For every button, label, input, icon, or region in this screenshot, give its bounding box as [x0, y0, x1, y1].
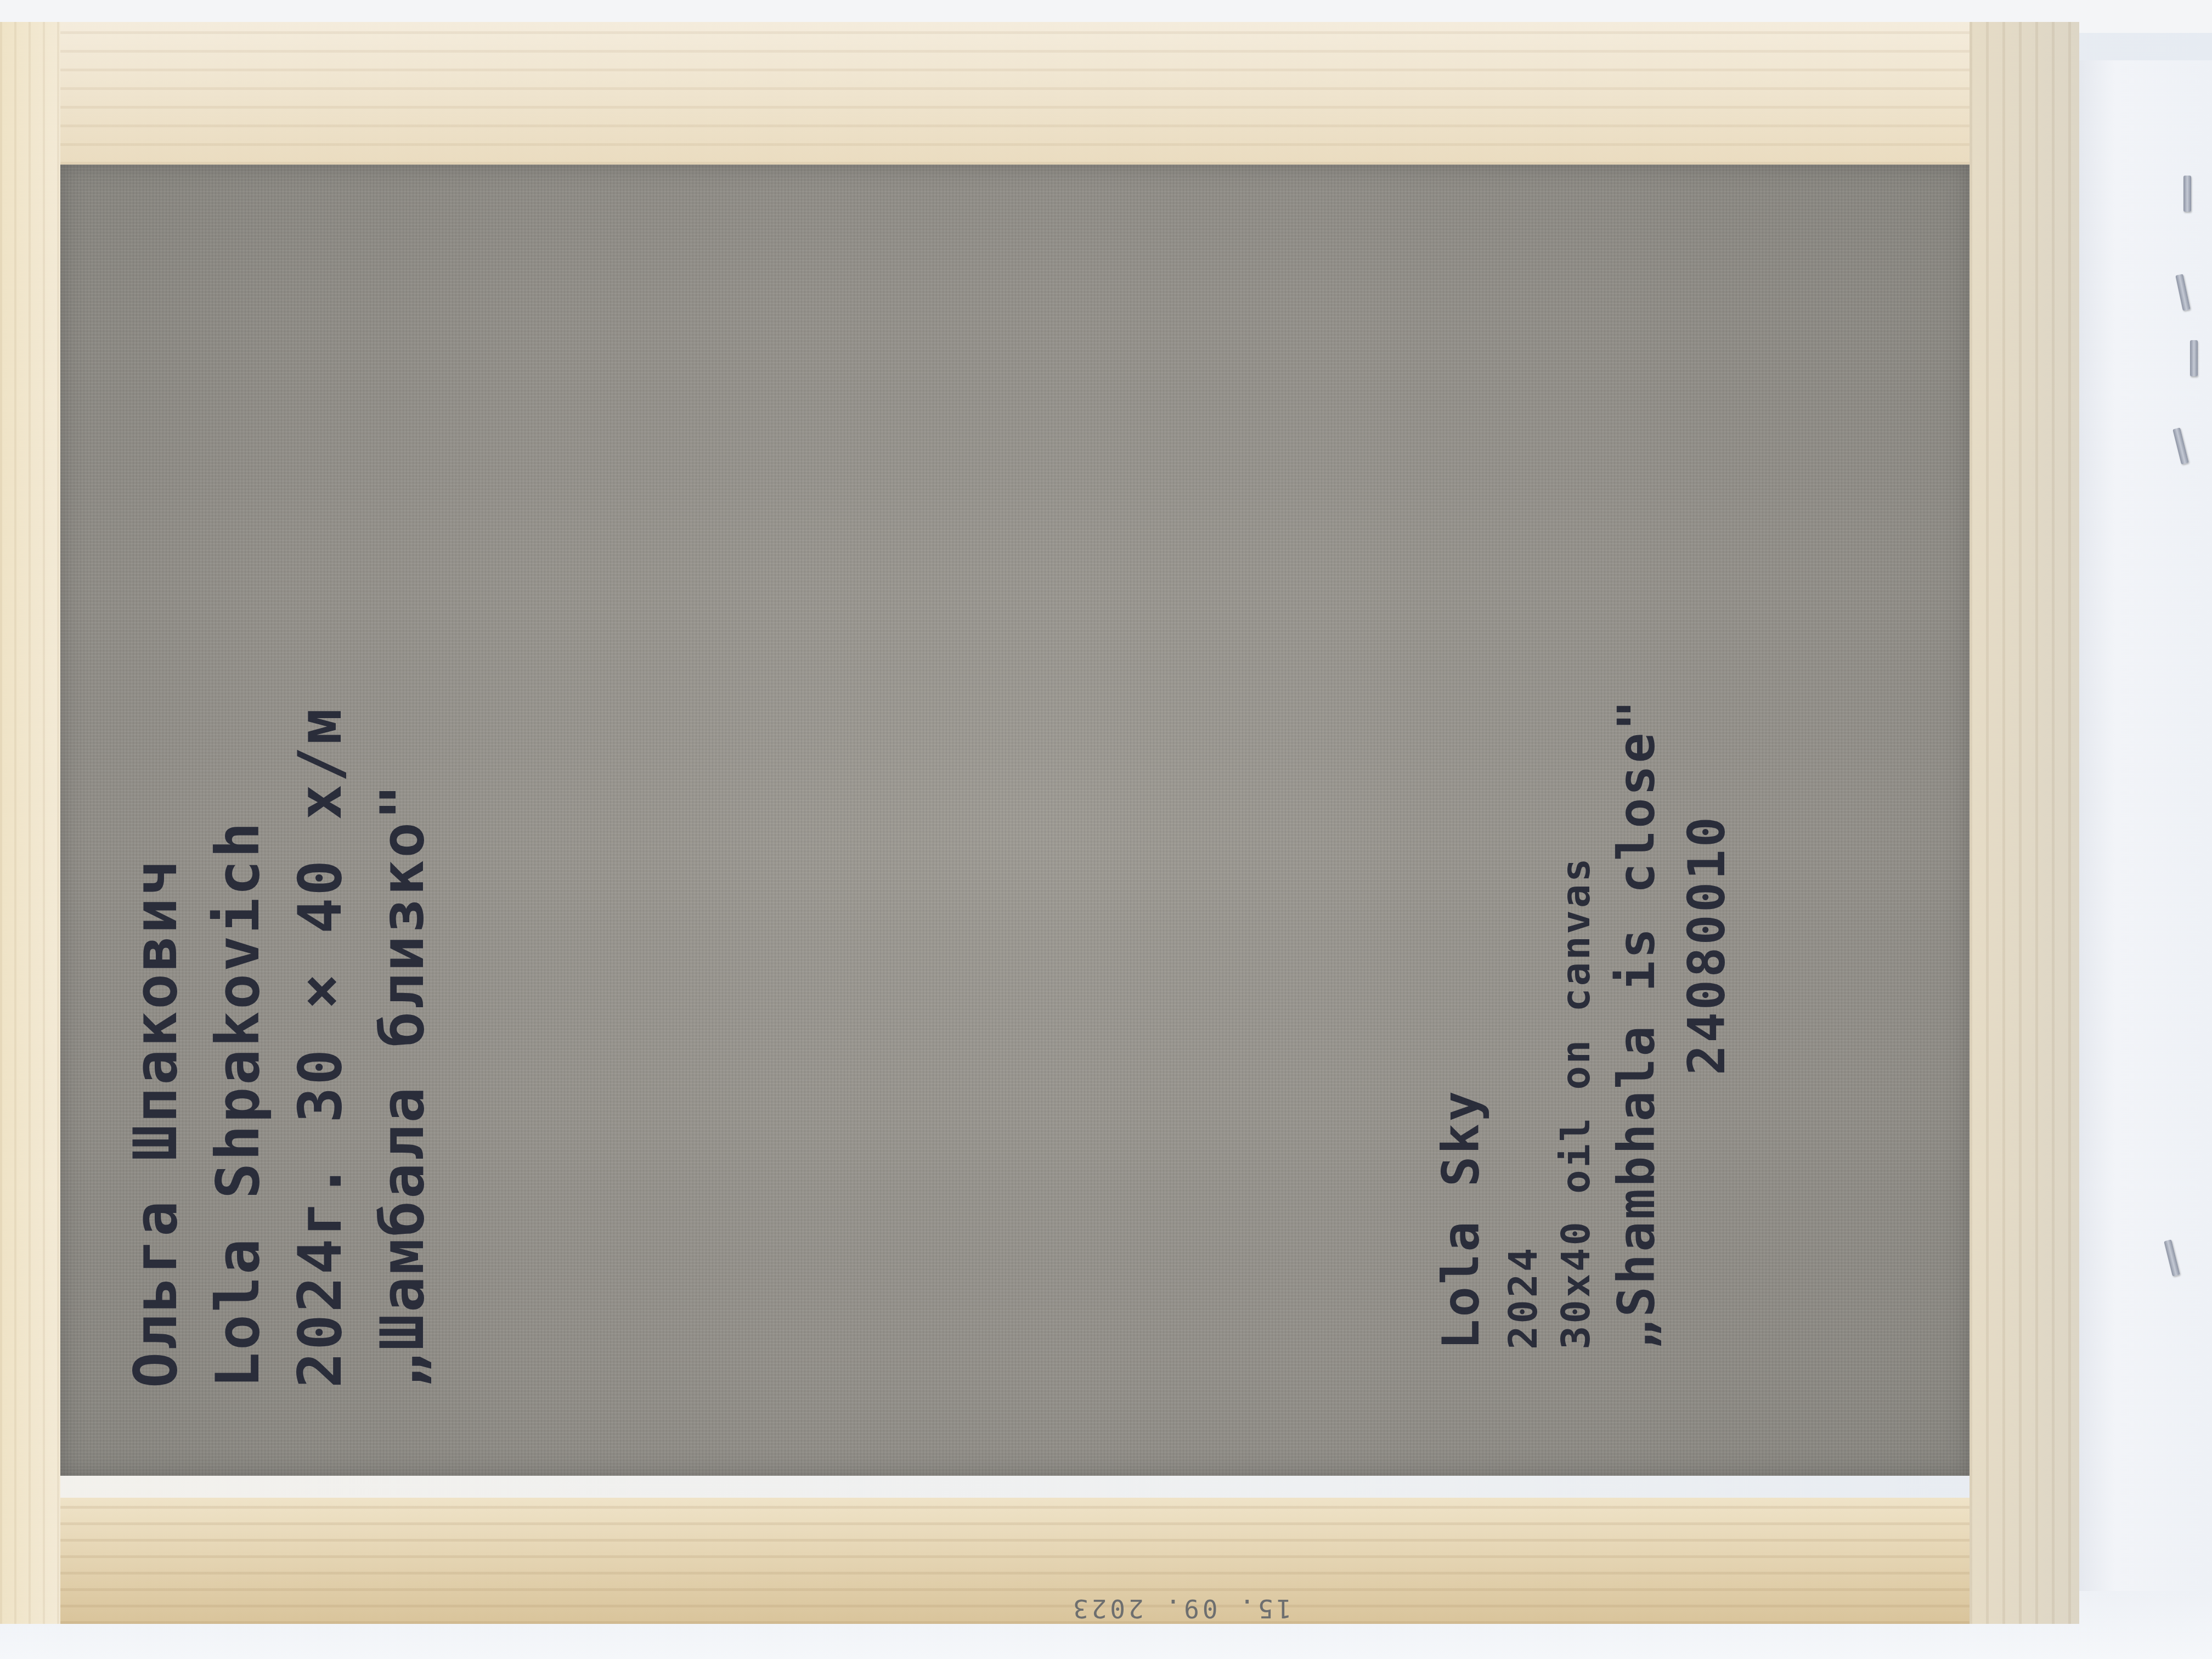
inscription-title-english: „Shambhala is close"	[1602, 698, 1672, 1350]
stretcher-bar-bottom	[0, 1498, 2079, 1624]
canvas-wrap-right-edge	[2063, 60, 2212, 1659]
stretcher-bar-right	[1970, 22, 2079, 1624]
date-stamp: 15. 09. 2023	[1070, 1594, 1291, 1623]
inscription-artist-name-latin: Lola Shpakovich	[198, 707, 280, 1388]
inscription-title-cyrillic: „Шамбала близко"	[362, 707, 444, 1388]
staple-icon	[2190, 340, 2198, 376]
stretcher-bar-left	[0, 22, 60, 1624]
inscription-artist-name-cyrillic: Ольга Шпакович	[115, 707, 198, 1388]
inscription-left-block: Ольга Шпакович Lola Shpakovich 2024г. 30…	[115, 707, 444, 1388]
photo-scene: Ольга Шпакович Lola Shpakovich 2024г. 30…	[0, 0, 2212, 1659]
inscription-right-block: Lola Sky 2024 30x40 oil on canvas „Shamb…	[1426, 698, 1742, 1350]
inscription-artist-alias: Lola Sky	[1426, 698, 1497, 1350]
inscription-size-medium: 30x40 oil on canvas	[1549, 698, 1602, 1350]
stretcher-bar-top	[0, 22, 2079, 165]
inscription-year-size-medium: 2024г. 30 × 40 х/м	[280, 707, 362, 1388]
staple-icon	[2183, 176, 2191, 212]
inscription-year: 2024	[1497, 698, 1549, 1350]
inscription-catalog-number: 24080010	[1672, 698, 1742, 1350]
